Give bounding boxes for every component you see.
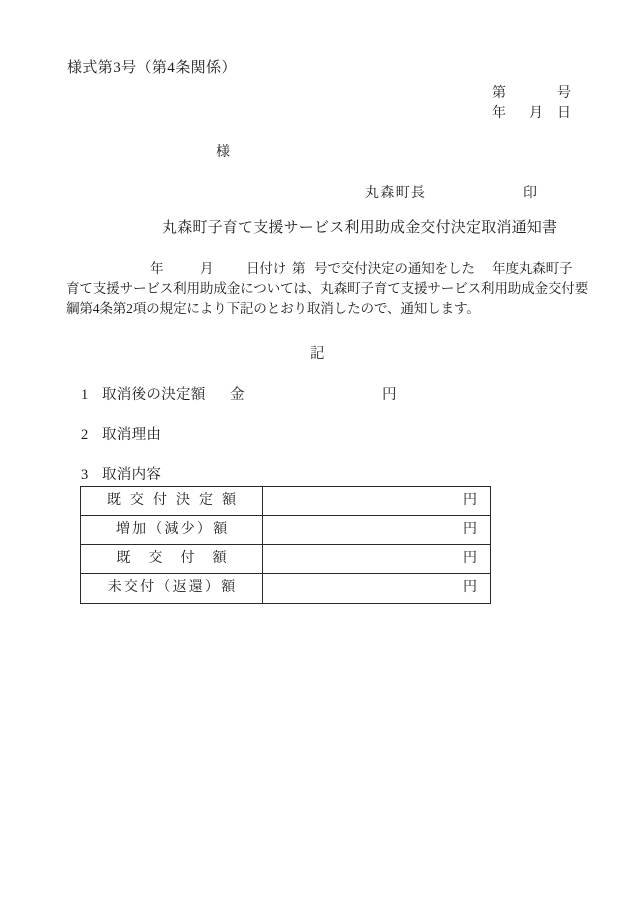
row-label: 既交付決定額 [98,493,245,509]
body-line3: 綱第4条第2項の規定により下記のとおり取消したので、通知します。 [66,301,480,317]
item1-number: 1 [81,387,88,404]
body-line1-rest: 号で交付決定の通知をした [314,261,475,277]
row-label: 増加（減少）額 [114,522,230,538]
body-line1-month: 月 [200,261,213,277]
date-month-label: 月 [529,106,543,122]
document-title: 丸森町子育て支援サービス利用助成金交付決定取消通知書 [162,220,557,237]
date-day-label: 日 [557,106,571,122]
body-line2: 育て支援サービス利用助成金については、丸森町子育て支援サービス利用助成金交付要 [66,281,588,297]
item3-number: 3 [81,467,88,484]
item2-number: 2 [81,427,88,444]
row-value-cell: 円 [263,545,490,574]
row-label-cell: 増加（減少）額 [81,516,263,545]
item1-kin-label: 金 [230,387,245,404]
unit-label: 円 [463,493,477,509]
document-page: 様式第3号（第4条関係） 第 号 年 月 日 様 丸森町長 印 丸森町子育て支援… [0,0,630,903]
item3-label: 取消内容 [102,467,161,484]
cancellation-details-table: 既交付決定額 円 増加（減少）額 円 既交付額 円 未交付（返還）額 [80,486,491,604]
item2-label: 取消理由 [102,427,161,444]
seal-mark: 印 [523,186,537,202]
item1-label: 取消後の決定額 [102,387,206,404]
body-line1-day: 日付け [246,261,286,277]
item1-yen-label: 円 [382,387,397,404]
ki-separator: 記 [310,346,325,363]
unit-label: 円 [463,551,477,567]
body-line1-dai: 第 [292,261,305,277]
row-label-cell: 既交付決定額 [81,487,263,516]
unit-label: 円 [463,580,477,596]
body-line1-year: 年 [150,261,163,277]
row-value-cell: 円 [263,574,490,603]
row-value-cell: 円 [263,516,490,545]
body-line1-nendo: 年度丸森町子 [492,261,572,277]
row-value-cell: 円 [263,487,490,516]
doc-number-suffix: 号 [557,86,571,102]
row-label: 既交付額 [99,551,245,567]
addressee-honorific: 様 [216,145,230,161]
row-label: 未交付（返還）額 [106,580,238,596]
date-year-label: 年 [492,106,506,122]
unit-label: 円 [463,522,477,538]
form-number: 様式第3号（第4条関係） [67,60,237,77]
row-label-cell: 既交付額 [81,545,263,574]
row-label-cell: 未交付（返還）額 [81,574,263,603]
doc-number-prefix: 第 [492,86,506,102]
sender-name: 丸森町長 [365,186,426,202]
